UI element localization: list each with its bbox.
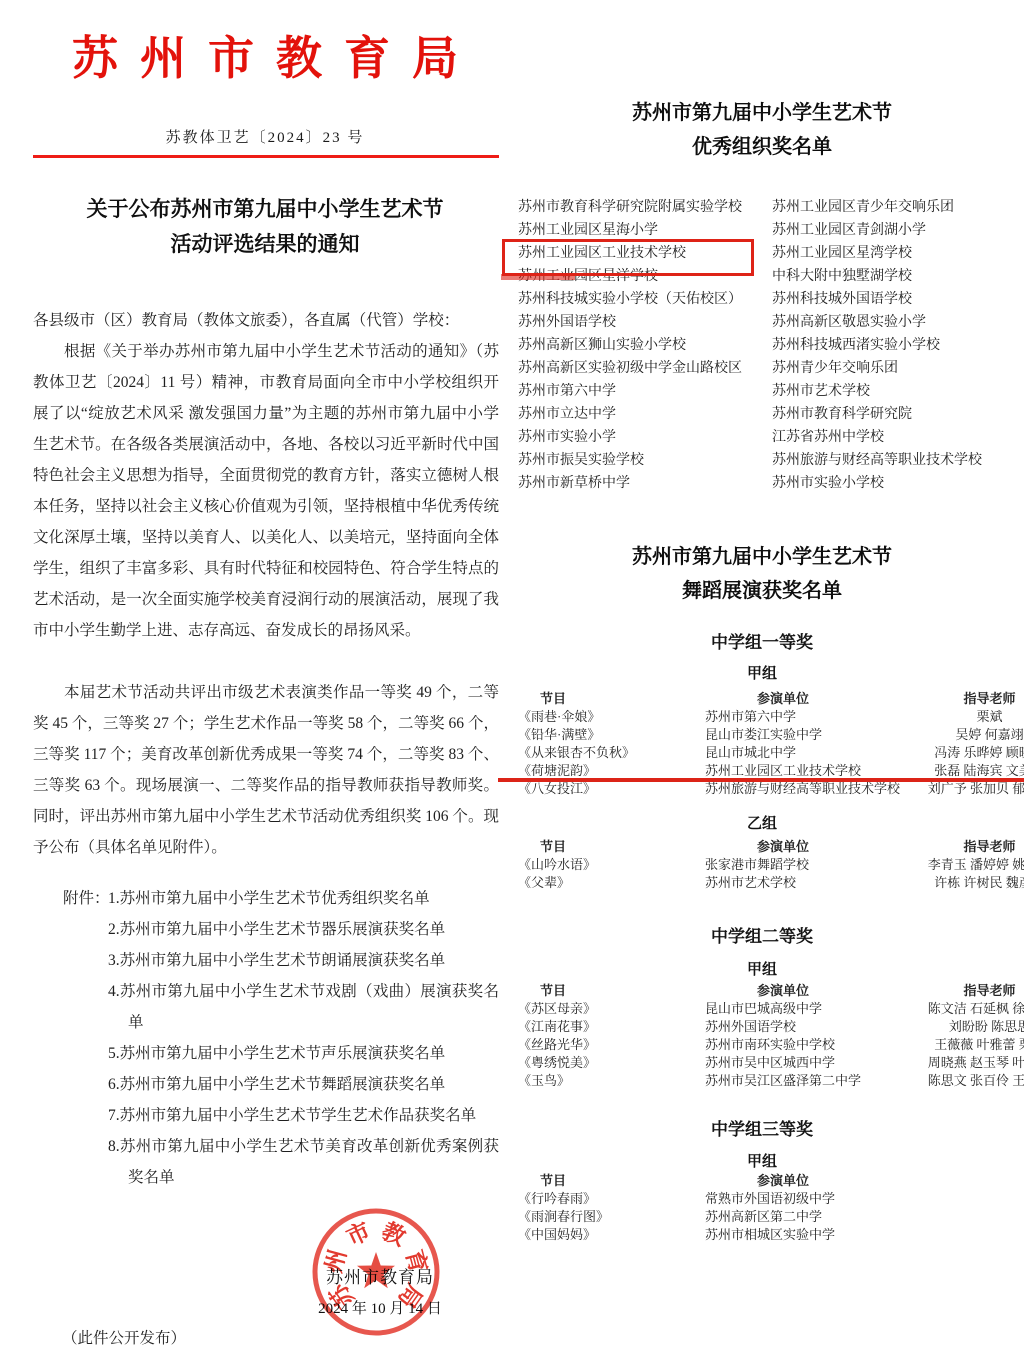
org-award-school: 苏州市第六中学 [518, 380, 770, 403]
unit-cell: 苏州市南环实验中学校 [705, 1036, 885, 1054]
unit-cell: 昆山市巴城高级中学 [705, 1000, 885, 1018]
attachments-block: 附件： 1.苏州市第九届中小学生艺术节优秀组织奖名单2.苏州市第九届中小学生艺术… [33, 883, 499, 1193]
attachments-label: 附件： [63, 883, 110, 914]
table-row: 《父辈》 苏州市艺术学校 许栋 许树民 魏彦政 [500, 874, 1024, 892]
org-award-school: 苏州市振吴实验学校 [518, 449, 770, 472]
attachment-item: 8.苏州市第九届中小学生艺术节美育改革创新优秀案例获奖名单 [108, 1131, 499, 1193]
salutation: 各县级市（区）教育局（教体文旅委），各直属（代管）学校： [33, 305, 499, 336]
teachers-cell: 周晓燕 赵玉琴 叶书涵 [885, 1054, 1024, 1072]
org-award-school: 苏州市实验小学校 [772, 472, 1024, 495]
org-award-school: 苏州高新区狮山实验小学校 [518, 334, 770, 357]
org-award-school: 苏州市教育科学研究院附属实验学校 [518, 196, 770, 219]
teachers-cell: 吴婷 何嘉翊 [885, 726, 1024, 744]
unit-cell: 常熟市外国语初级中学 [705, 1190, 985, 1208]
program-cell: 《玉鸟》 [500, 1072, 705, 1090]
svg-text:局: 局 [393, 1279, 427, 1312]
scanned-document: 苏州市教育局 苏教体卫艺〔2024〕23 号 关于公布苏州市第九届中小学生艺术节… [0, 0, 1024, 1365]
svg-text:教: 教 [378, 1218, 410, 1251]
attachment-item: 2.苏州市第九届中小学生艺术节器乐展演获奖名单 [108, 914, 499, 945]
highlight-underline-fragment [501, 274, 575, 280]
unit-cell: 苏州市吴江区盛泽第二中学 [705, 1072, 885, 1090]
red-underline-annotation [498, 778, 1024, 782]
teachers-cell: 许栋 许树民 魏彦政 [885, 874, 1024, 892]
attachment-item: 7.苏州市第九届中小学生艺术节学生艺术作品获奖名单 [108, 1100, 499, 1131]
org-award-school: 苏州科技城西渚实验小学校 [772, 334, 1024, 357]
table-row: 《雨巷·伞娘》 苏州市第六中学 栗斌 [500, 708, 1024, 726]
org-awards-title: 苏州市第九届中小学生艺术节 优秀组织奖名单 [512, 96, 1012, 164]
table-row: 《雨涧春行图》 苏州高新区第二中学 [500, 1208, 1024, 1226]
notice-title-line2: 活动评选结果的通知 [30, 227, 500, 262]
table-row: 《八女投江》 苏州旅游与财经高等职业技术学校 刘广予 张加贝 郁夏辉 [500, 780, 1024, 798]
unit-cell: 苏州市艺术学校 [705, 874, 885, 892]
program-cell: 《雨涧春行图》 [500, 1208, 705, 1226]
org-award-school: 苏州科技城实验小学校（天佑校区） [518, 288, 770, 311]
unit-cell: 昆山市城北中学 [705, 744, 885, 762]
org-award-school: 苏州工业园区青少年交响乐团 [772, 196, 1024, 219]
org-award-school: 苏州高新区实验初级中学金山路校区 [518, 357, 770, 380]
header-rule [33, 155, 499, 158]
seal-star-icon [357, 1252, 395, 1288]
program-cell: 《雨巷·伞娘》 [500, 708, 705, 726]
org-award-school: 苏州外国语学校 [518, 311, 770, 334]
attachments-list: 1.苏州市第九届中小学生艺术节优秀组织奖名单2.苏州市第九届中小学生艺术节器乐展… [108, 883, 499, 1193]
attachment-item: 4.苏州市第九届中小学生艺术节戏剧（戏曲）展演获奖名单 [108, 976, 499, 1038]
notice-title-line1: 关于公布苏州市第九届中小学生艺术节 [30, 192, 500, 227]
org-awards-column-right: 苏州工业园区青少年交响乐团苏州工业园区青剑湖小学苏州工业园区星湾学校中科大附中独… [772, 196, 1024, 495]
org-award-school: 江苏省苏州中学校 [772, 426, 1024, 449]
svg-text:州: 州 [321, 1247, 351, 1276]
highlight-box-annotation [502, 239, 754, 276]
org-award-school: 苏州青少年交响乐团 [772, 357, 1024, 380]
table-row: 《苏区母亲》 昆山市巴城高级中学 陈文洁 石延枫 徐志成 [500, 1000, 1024, 1018]
org-award-school: 苏州市艺术学校 [772, 380, 1024, 403]
teachers-cell: 陈思文 张百伶 王嘉妤 [885, 1072, 1024, 1090]
group-a-label: 甲组 [512, 1150, 1012, 1171]
public-release-note: （此件公开发布） [62, 1326, 186, 1348]
table-row: 《行吟春雨》 常熟市外国语初级中学 [500, 1190, 1024, 1208]
program-cell: 《丝路光华》 [500, 1036, 705, 1054]
org-award-school: 苏州科技城外国语学校 [772, 288, 1024, 311]
program-cell: 《父辈》 [500, 874, 705, 892]
agency-header: 苏州市教育局 [30, 22, 500, 88]
program-cell: 《苏区母亲》 [500, 1000, 705, 1018]
notice-title: 关于公布苏州市第九届中小学生艺术节 活动评选结果的通知 [30, 192, 500, 262]
group-a-label: 甲组 [512, 958, 1012, 979]
org-award-school: 中科大附中独墅湖学校 [772, 265, 1024, 288]
program-cell: 《粤绣悦美》 [500, 1054, 705, 1072]
unit-cell: 苏州市吴中区城西中学 [705, 1054, 885, 1072]
attachment-item: 6.苏州市第九届中小学生艺术节舞蹈展演获奖名单 [108, 1069, 499, 1100]
teachers-cell: 栗斌 [885, 708, 1024, 726]
attachment-item: 5.苏州市第九届中小学生艺术节声乐展演获奖名单 [108, 1038, 499, 1069]
svg-text:育: 育 [401, 1247, 432, 1276]
org-award-school: 苏州旅游与财经高等职业技术学校 [772, 449, 1024, 472]
svg-text:市: 市 [343, 1218, 374, 1250]
third-prize-group-a-table: 节目 参演单位 《行吟春雨》 常熟市外国语初级中学 《雨涧春行图》 苏州高新区第… [500, 1172, 1024, 1244]
third-prize-heading: 中学组三等奖 [512, 1115, 1012, 1140]
official-seal-stamp: 苏 州 市 教 育 局 [302, 1198, 450, 1346]
group-a-label: 甲组 [512, 662, 1012, 683]
table-row: 《从来银杏不负秋》 昆山市城北中学 冯涛 乐晔婷 顾晓燕 [500, 744, 1024, 762]
program-cell: 《铅华·满壁》 [500, 726, 705, 744]
table-header-row: 节目 参演单位 指导老师 [500, 690, 1024, 708]
doc-number: 苏教体卫艺〔2024〕23 号 [30, 126, 500, 147]
program-cell: 《江南花事》 [500, 1018, 705, 1036]
paragraph-statistics: 本届艺术节活动共评出市级艺术表演类作品一等奖 49 个，二等奖 45 个，三等奖… [33, 677, 499, 863]
unit-cell: 苏州外国语学校 [705, 1018, 885, 1036]
program-cell: 《行吟春雨》 [500, 1190, 705, 1208]
notice-body: 各县级市（区）教育局（教体文旅委），各直属（代管）学校： 根据《关于举办苏州市第… [33, 305, 499, 1193]
table-row: 《中国妈妈》 苏州市相城区实验中学 [500, 1226, 1024, 1244]
teachers-cell: 王薇薇 叶雅蕾 栗斌 [885, 1036, 1024, 1054]
teachers-cell: 刘盼盼 陈思思 [885, 1018, 1024, 1036]
org-award-school: 苏州市教育科学研究院 [772, 403, 1024, 426]
org-award-school: 苏州工业园区青剑湖小学 [772, 219, 1024, 242]
table-row: 《江南花事》 苏州外国语学校 刘盼盼 陈思思 [500, 1018, 1024, 1036]
org-award-school: 苏州市立达中学 [518, 403, 770, 426]
org-award-school: 苏州高新区敬恩实验小学 [772, 311, 1024, 334]
program-cell: 《八女投江》 [500, 780, 705, 798]
table-row: 《铅华·满壁》 昆山市娄江实验中学 吴婷 何嘉翊 [500, 726, 1024, 744]
first-prize-heading: 中学组一等奖 [512, 628, 1012, 653]
table-header-row: 节目 参演单位 指导老师 [500, 982, 1024, 1000]
org-award-school: 苏州工业园区星湾学校 [772, 242, 1024, 265]
teachers-cell: 陈文洁 石延枫 徐志成 [885, 1000, 1024, 1018]
dance-awards-title: 苏州市第九届中小学生艺术节 舞蹈展演获奖名单 [512, 540, 1012, 608]
paragraph-intro: 根据《关于举办苏州市第九届中小学生艺术节活动的通知》（苏教体卫艺〔2024〕11… [33, 336, 499, 646]
table-row: 《粤绣悦美》 苏州市吴中区城西中学 周晓燕 赵玉琴 叶书涵 [500, 1054, 1024, 1072]
teachers-cell: 刘广予 张加贝 郁夏辉 [885, 780, 1024, 798]
unit-cell: 张家港市舞蹈学校 [705, 856, 885, 874]
unit-cell: 昆山市娄江实验中学 [705, 726, 885, 744]
unit-cell: 苏州旅游与财经高等职业技术学校 [705, 780, 885, 798]
program-cell: 《中国妈妈》 [500, 1226, 705, 1244]
table-row: 《丝路光华》 苏州市南环实验中学校 王薇薇 叶雅蕾 栗斌 [500, 1036, 1024, 1054]
group-b-label: 乙组 [512, 812, 1012, 833]
teachers-cell: 李青玉 潘婷婷 姚天宇 [885, 856, 1024, 874]
unit-cell: 苏州市第六中学 [705, 708, 885, 726]
table-row: 《玉鸟》 苏州市吴江区盛泽第二中学 陈思文 张百伶 王嘉妤 [500, 1072, 1024, 1090]
org-award-school: 苏州市实验小学 [518, 426, 770, 449]
table-row: 《山吟水语》 张家港市舞蹈学校 李青玉 潘婷婷 姚天宇 [500, 856, 1024, 874]
table-header-row: 节目 参演单位 [500, 1172, 1024, 1190]
second-prize-heading: 中学组二等奖 [512, 922, 1012, 947]
first-prize-group-b-table: 节目 参演单位 指导老师 《山吟水语》 张家港市舞蹈学校 李青玉 潘婷婷 姚天宇… [500, 838, 1024, 892]
teachers-cell: 冯涛 乐晔婷 顾晓燕 [885, 744, 1024, 762]
program-cell: 《山吟水语》 [500, 856, 705, 874]
org-award-school: 苏州市新草桥中学 [518, 472, 770, 495]
attachment-item: 1.苏州市第九届中小学生艺术节优秀组织奖名单 [108, 883, 499, 914]
second-prize-group-a-table: 节目 参演单位 指导老师 《苏区母亲》 昆山市巴城高级中学 陈文洁 石延枫 徐志… [500, 982, 1024, 1090]
attachment-item: 3.苏州市第九届中小学生艺术节朗诵展演获奖名单 [108, 945, 499, 976]
unit-cell: 苏州市相城区实验中学 [705, 1226, 985, 1244]
unit-cell: 苏州高新区第二中学 [705, 1208, 985, 1226]
table-header-row: 节目 参演单位 指导老师 [500, 838, 1024, 856]
program-cell: 《从来银杏不负秋》 [500, 744, 705, 762]
